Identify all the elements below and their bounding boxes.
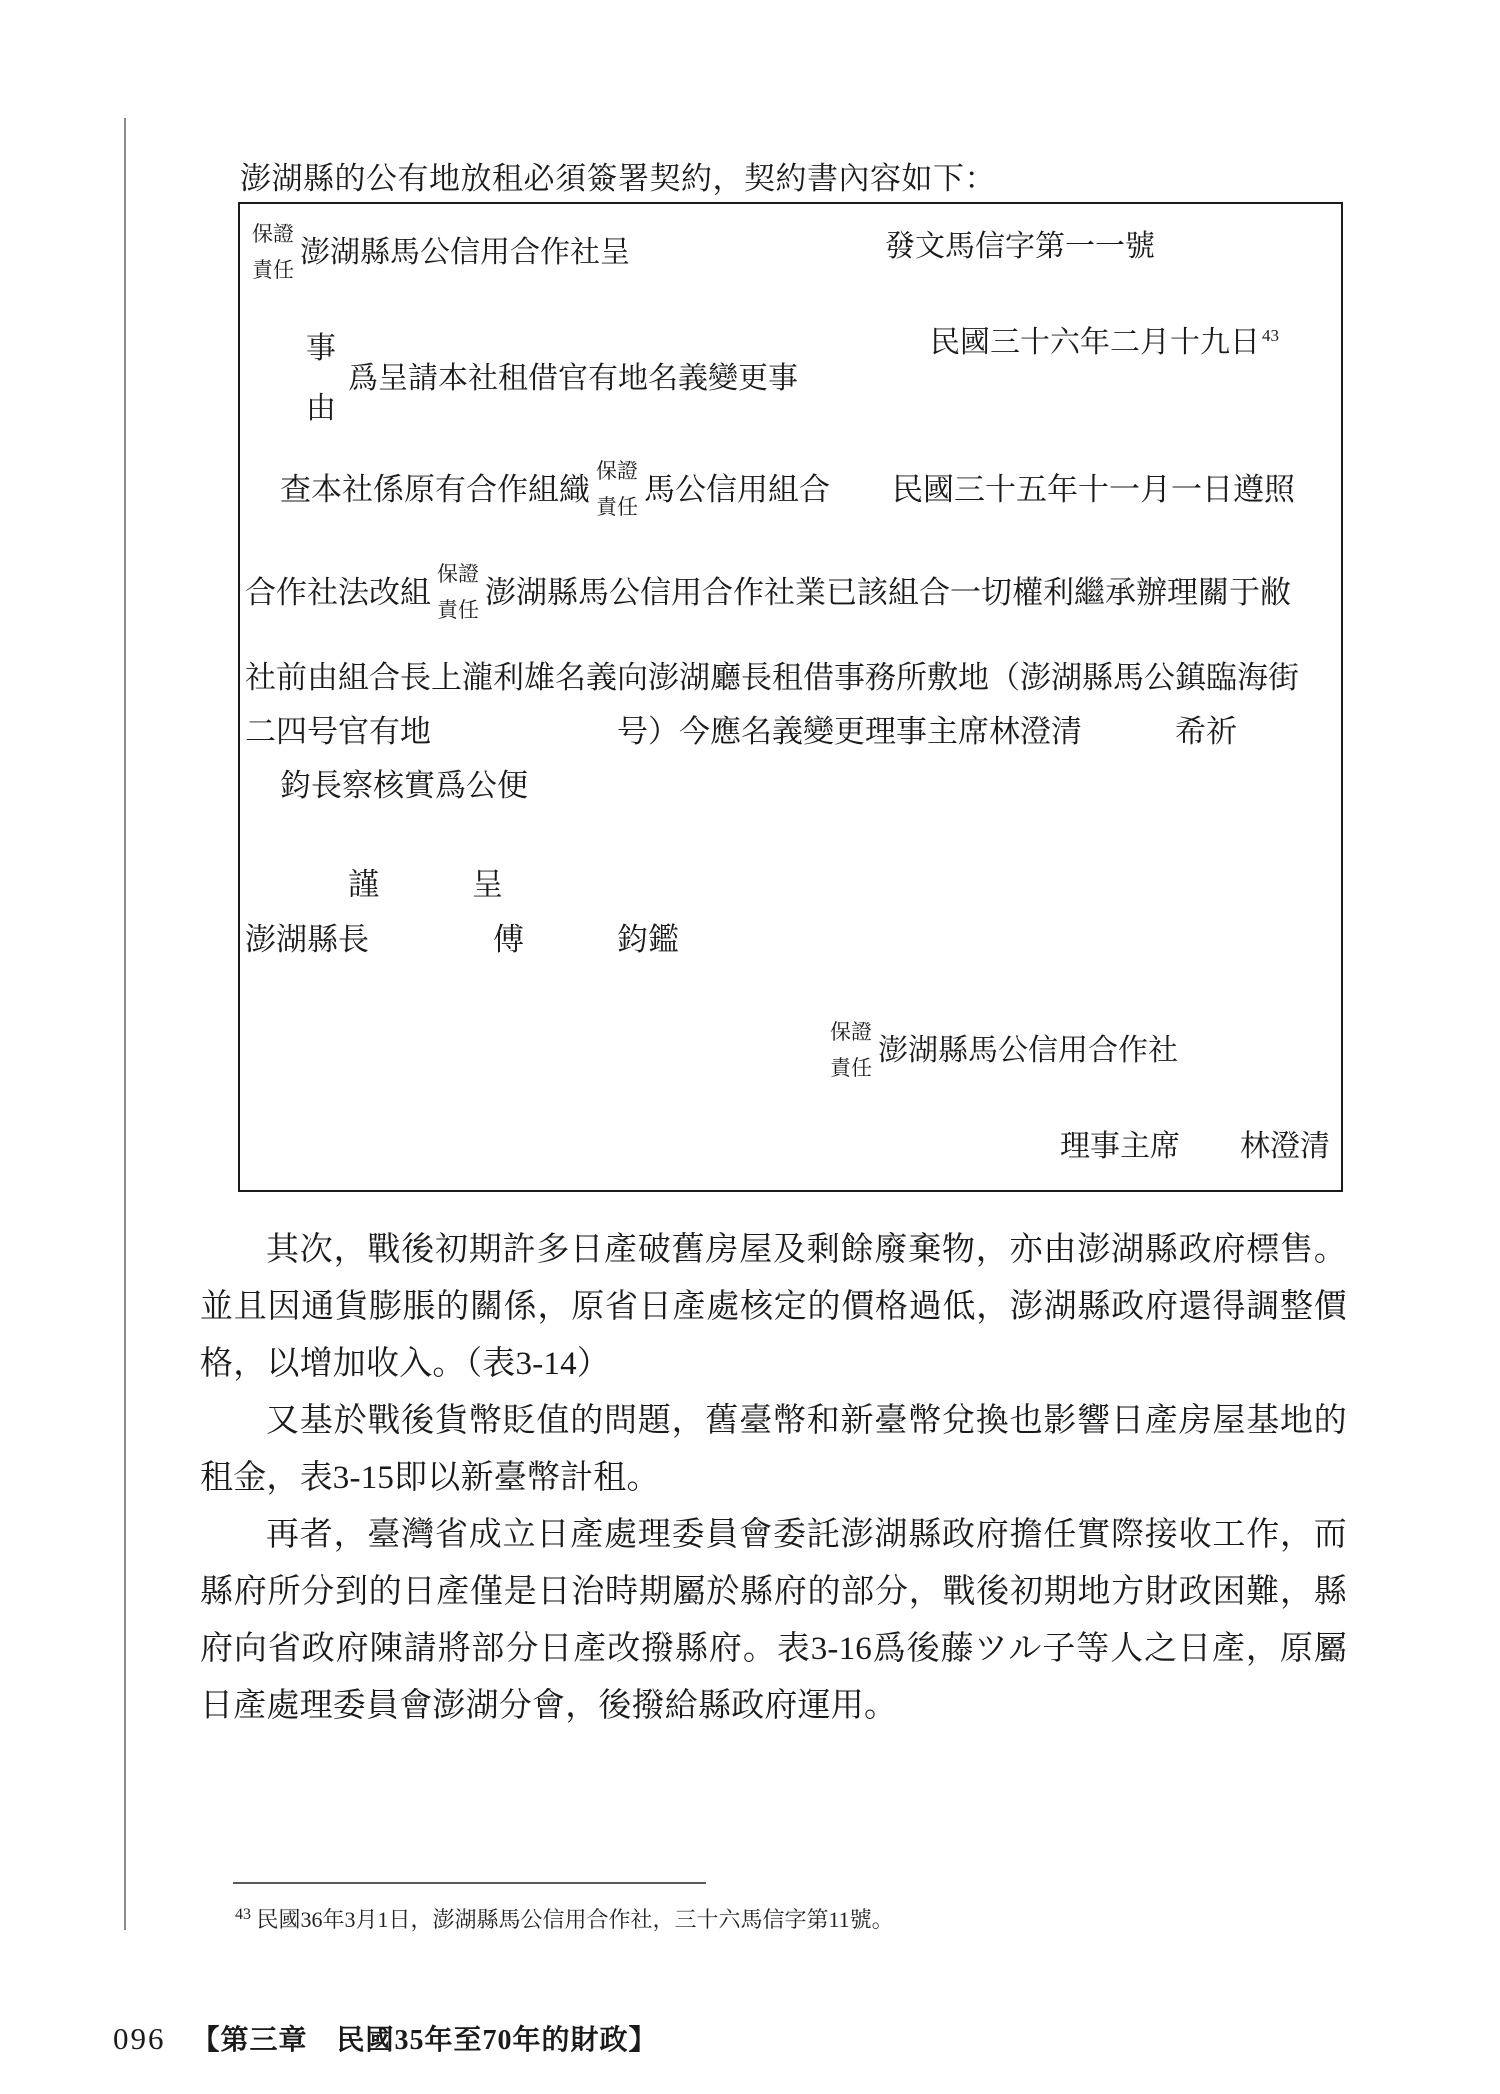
letter-closing: 謹 呈: [348, 869, 503, 900]
page-number: 096: [113, 2021, 166, 2057]
letter-body-line-3: 社前由組合長上瀧利雄名義向澎湖廳長租借事務所敷地（澎湖縣馬公鎮臨海街: [245, 662, 1299, 693]
liability-stack: 保證 責任: [252, 224, 294, 281]
liability-bottom: 責任: [596, 497, 638, 518]
intro-sentence: 澎湖縣的公有地放租必須簽署契約，契約書內容如下：: [240, 160, 996, 197]
subject-group: 事 由 爲呈請本社租借官有地名義變更事: [306, 334, 798, 424]
liability-top: 保證: [437, 564, 479, 585]
liability-top: 保證: [596, 461, 638, 482]
chapter-title: 【第三章 民國35年至70年的財政】: [192, 2018, 658, 2058]
body2-post: 澎湖縣馬公信用合作社業已該組合一切權利繼承辦理關于敝: [485, 577, 1291, 608]
footnote-divider: [233, 1882, 706, 1884]
letter-box: 保證 責任 澎湖縣馬公信用合作社呈 發文馬信字第一一號 民國三十六年二月十九日4…: [238, 202, 1343, 1192]
sender-name: 澎湖縣馬公信用合作社呈: [300, 238, 630, 268]
subject-stack: 事 由: [306, 334, 336, 424]
letter-body-line-1: 查本社係原有合作組織 保證 責任 馬公信用組合 民國三十五年十一月一日遵照: [280, 441, 1295, 537]
liability-bottom: 責任: [437, 600, 479, 621]
subject-label-top: 事: [306, 334, 336, 364]
liability-bottom: 責任: [252, 260, 294, 281]
liability-top: 保證: [830, 1022, 872, 1043]
liability-stack: 保證 責任: [437, 564, 479, 621]
letter-sender-group: 保證 責任 澎湖縣馬公信用合作社呈: [252, 224, 630, 281]
signature-org-group: 保證 責任 澎湖縣馬公信用合作社: [830, 1022, 1178, 1079]
signature-org: 澎湖縣馬公信用合作社: [878, 1036, 1178, 1066]
body2-pre: 合作社法改組: [245, 577, 431, 608]
footnote-marker: 43: [235, 1906, 251, 1923]
letter-body-line-2: 合作社法改組 保證 責任 澎湖縣馬公信用合作社業已該組合一切權利繼承辦理關于敝: [245, 544, 1291, 640]
letter-recipient: 澎湖縣長 傅 鈞鑑: [245, 924, 679, 955]
liability-top: 保證: [252, 224, 294, 245]
liability-stack: 保證 責任: [830, 1022, 872, 1079]
left-margin-rule: [124, 118, 126, 1930]
liability-bottom: 責任: [830, 1058, 872, 1079]
paragraph-3: 再者，臺灣省成立日產處理委員會委託澎湖縣政府擔任實際接收工作，而縣府所分到的日產…: [200, 1507, 1347, 1735]
signature-person: 理事主席 林澄清: [1060, 1132, 1330, 1162]
footnote: 43 民國36年3月1日，澎湖縣馬公信用合作社，三十六馬信字第11號。: [233, 1905, 894, 1936]
body1-pre: 查本社係原有合作組織: [280, 474, 590, 505]
body1-post: 馬公信用組合 民國三十五年十一月一日遵照: [644, 474, 1295, 505]
paragraph-1: 其次，戰後初期許多日產破舊房屋及剩餘廢棄物，亦由澎湖縣政府標售。並且因通貨膨脹的…: [200, 1222, 1347, 1393]
dispatch-date-line: 民國三十六年二月十九日43: [885, 298, 1279, 388]
page-footer: 096 【第三章 民國35年至70年的財政】: [113, 2018, 658, 2058]
paragraph-2: 又基於戰後貨幣貶值的問題，舊臺幣和新臺幣兌換也影響日產房屋基地的租金，表3-15…: [200, 1393, 1347, 1507]
body-paragraphs: 其次，戰後初期許多日產破舊房屋及剩餘廢棄物，亦由澎湖縣政府標售。並且因通貨膨脹的…: [200, 1222, 1347, 1735]
letter-body-line-5: 鈞長察核實爲公便: [280, 770, 528, 801]
footnote-text: 民國36年3月1日，澎湖縣馬公信用合作社，三十六馬信字第11號。: [257, 1907, 894, 1932]
book-page: 澎湖縣的公有地放租必須簽署契約，契約書內容如下： 保證 責任 澎湖縣馬公信用合作…: [0, 0, 1500, 2094]
dispatch-date: 民國三十六年二月十九日: [930, 326, 1260, 359]
dispatch-number: 發文馬信字第一一號: [885, 232, 1155, 262]
subject-label-bottom: 由: [306, 394, 336, 424]
subject-text: 爲呈請本社租借官有地名義變更事: [348, 364, 798, 394]
letter-body-line-4: 二四号官有地 号）今應名義變更理事主席林澄清 希祈: [245, 716, 1237, 747]
liability-stack: 保證 責任: [596, 461, 638, 518]
footnote-ref-43: 43: [1262, 326, 1279, 345]
